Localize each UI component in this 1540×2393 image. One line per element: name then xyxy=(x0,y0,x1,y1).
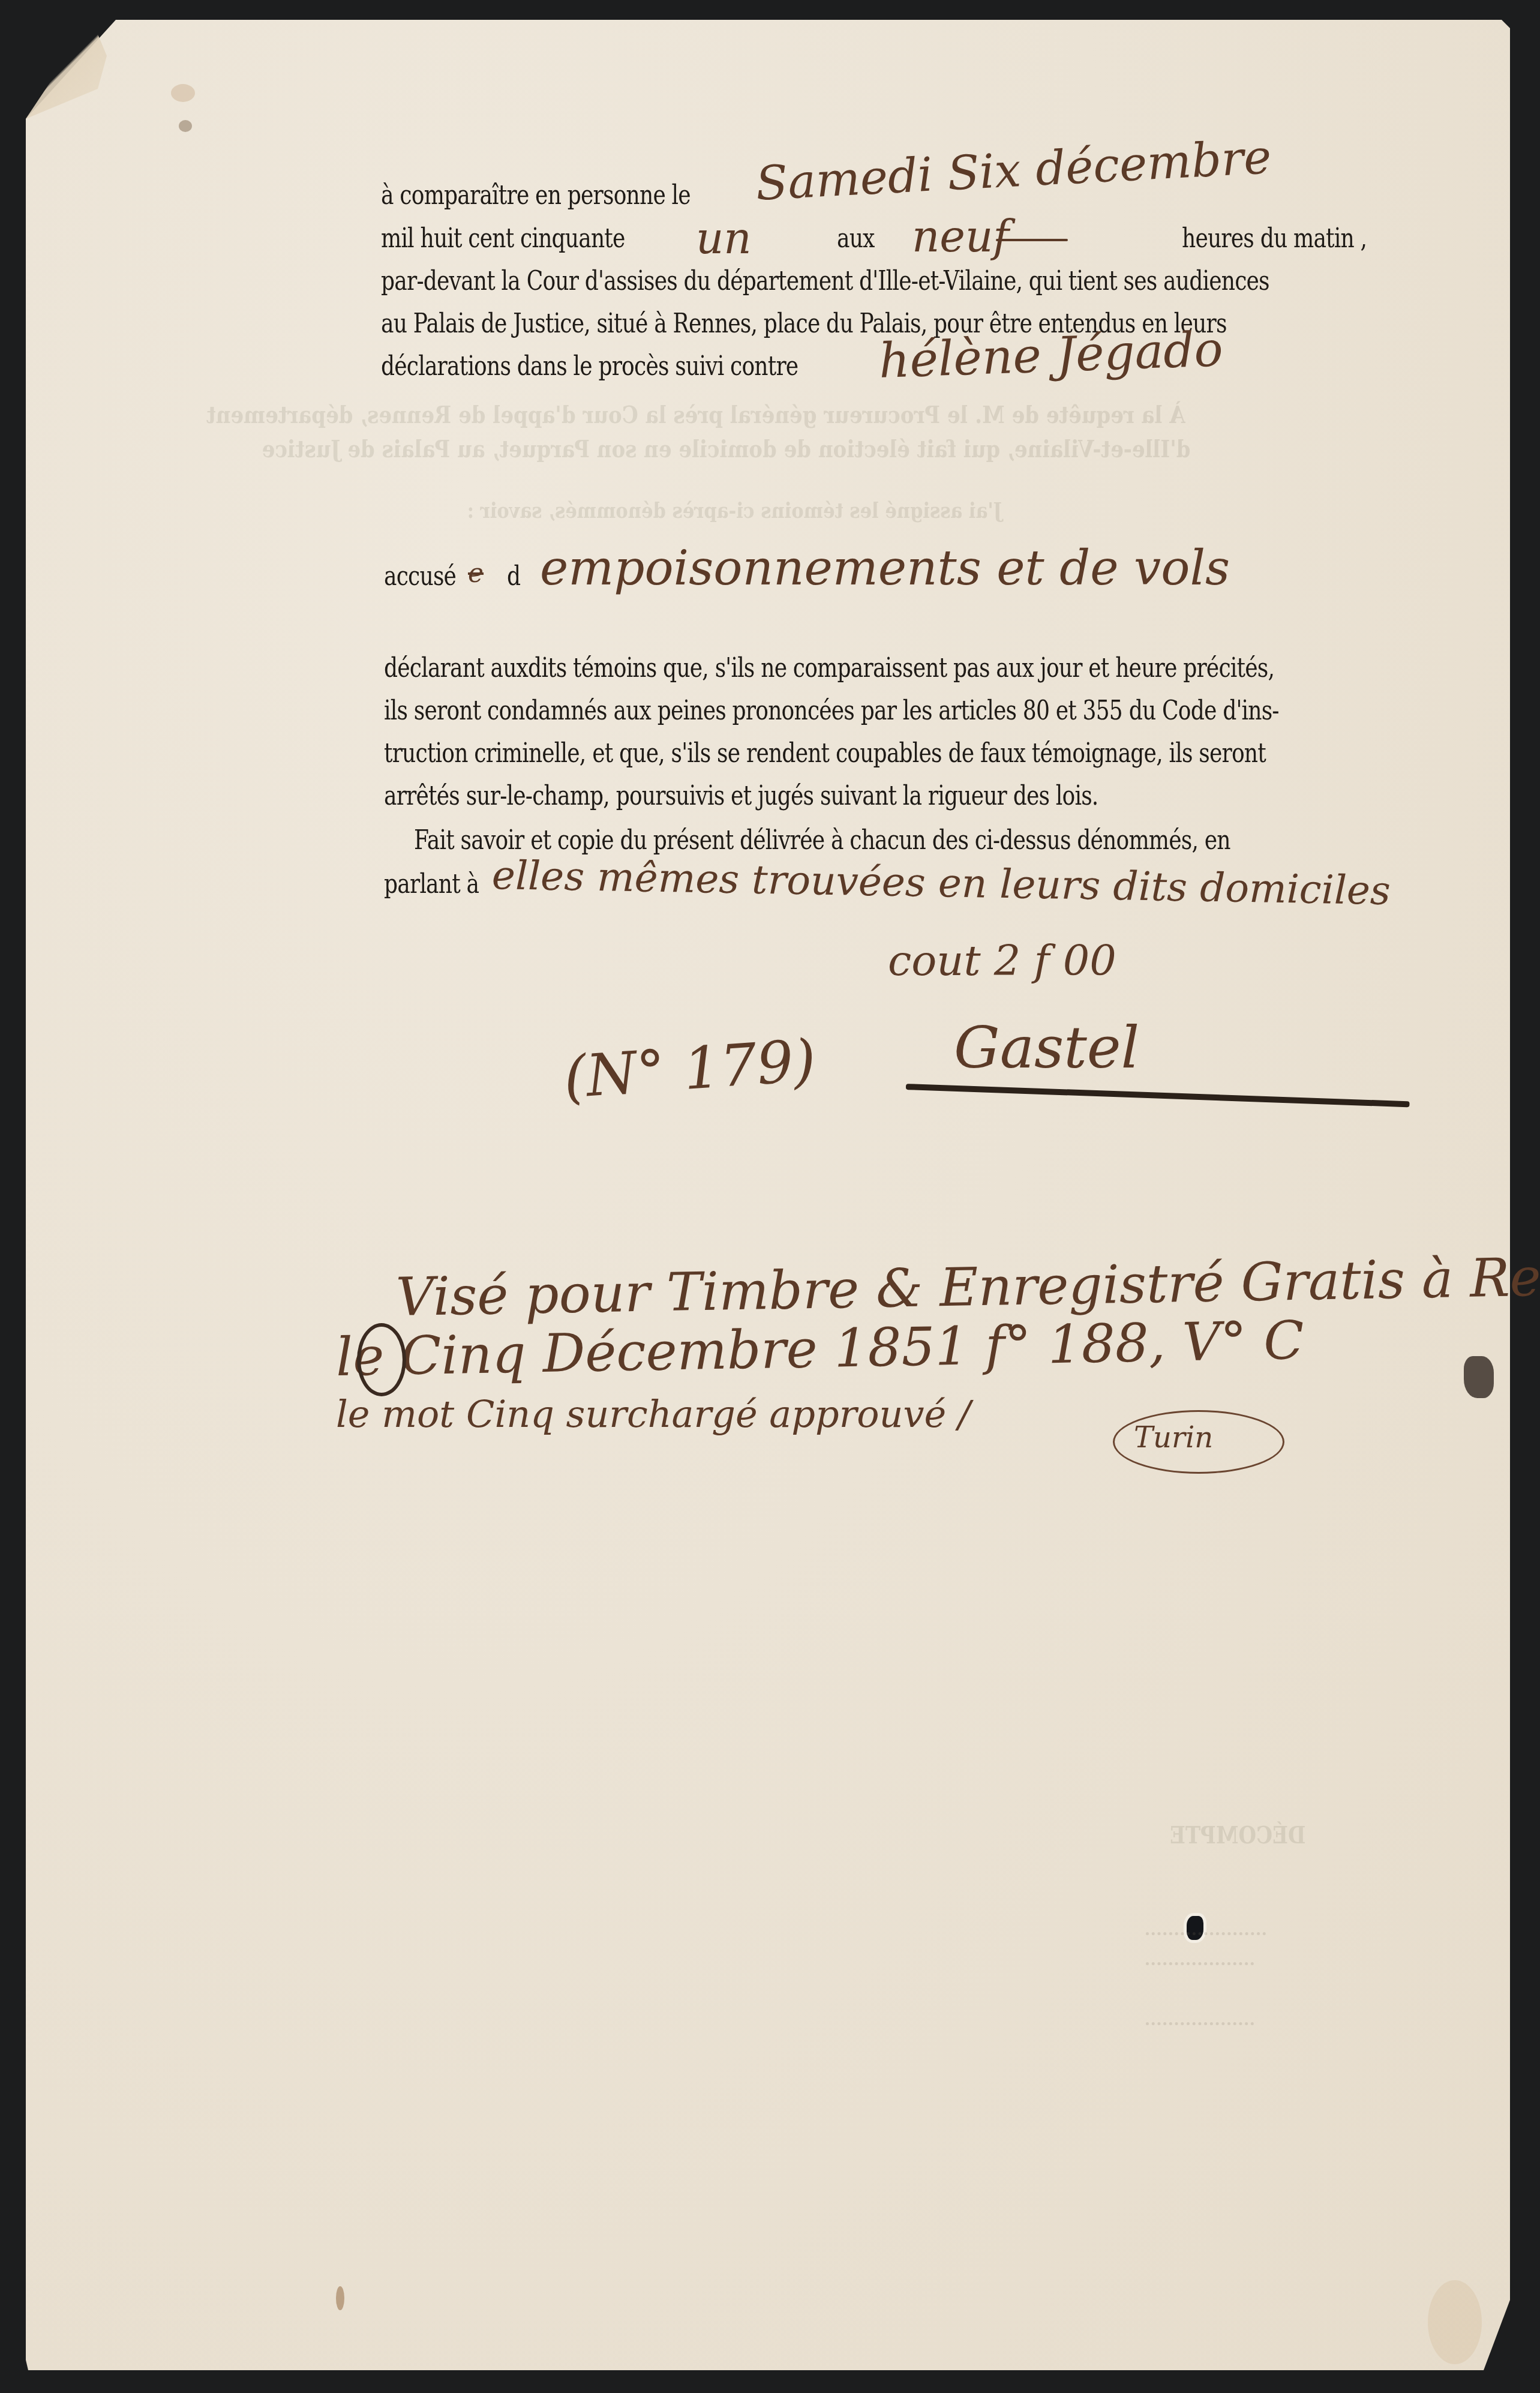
stain xyxy=(179,120,192,132)
warning-line-2: ils seront condamnés aux peines prononcé… xyxy=(384,695,1279,726)
handwritten-cost: cout 2 f 00 xyxy=(888,936,1116,985)
paper-hole xyxy=(1187,1916,1203,1940)
accused-d: d xyxy=(507,561,520,592)
handwritten-hour: neuf xyxy=(912,211,1009,262)
show-through-dotted xyxy=(1146,2022,1254,2025)
printed-line-5: déclarations dans le procès suivi contre xyxy=(381,351,798,382)
service-line-2: parlant à xyxy=(384,869,479,899)
warning-line-1: déclarant auxdits témoins que, s'ils ne … xyxy=(384,653,1274,683)
registration-line-3: le mot Cinq surchargé approuvé / xyxy=(336,1392,971,1436)
printed-line-3: par-devant la Cour d'assises du départem… xyxy=(381,266,1269,296)
show-through-dotted xyxy=(1146,1932,1266,1935)
show-through-line: À la requête de M. le Procureur général … xyxy=(206,401,1185,429)
warning-line-4: arrêtés sur-le-champ, poursuivis et jugé… xyxy=(384,781,1098,811)
stain xyxy=(171,84,195,102)
stain xyxy=(336,2286,344,2310)
show-through-heading: DÉCOMPTE xyxy=(1170,1821,1305,1849)
stain xyxy=(1428,2280,1482,2364)
show-through-line: d'Ille-et-Vilaine, qui fait élection de … xyxy=(262,435,1191,463)
printed-line-2b: aux xyxy=(837,223,875,254)
warning-line-3: truction criminelle, et que, s'ils se re… xyxy=(384,738,1266,769)
printed-line-2c: heures du matin , xyxy=(1182,223,1367,254)
bailiff-signature: Gastel xyxy=(954,1014,1139,1081)
accused-label: accusé xyxy=(384,561,456,592)
struck-letter: e xyxy=(468,558,484,589)
handwritten-charge: empoisonnements et de vols xyxy=(540,540,1230,596)
handwritten-year: un xyxy=(696,213,752,263)
printed-line-1: à comparaître en personne le xyxy=(381,180,691,211)
service-line-1: Fait savoir et copie du présent délivrée… xyxy=(414,825,1230,856)
clerk-signature: Turin xyxy=(1134,1421,1213,1455)
hour-dash xyxy=(996,239,1068,241)
show-through-line: J'ai assigné les témoins ci-après dénomm… xyxy=(467,498,1002,523)
printed-line-2a: mil huit cent cinquante xyxy=(381,223,625,254)
show-through-dotted xyxy=(1146,1962,1254,1965)
overwritten-correction-mark xyxy=(357,1323,406,1396)
ink-blot xyxy=(1464,1356,1494,1398)
